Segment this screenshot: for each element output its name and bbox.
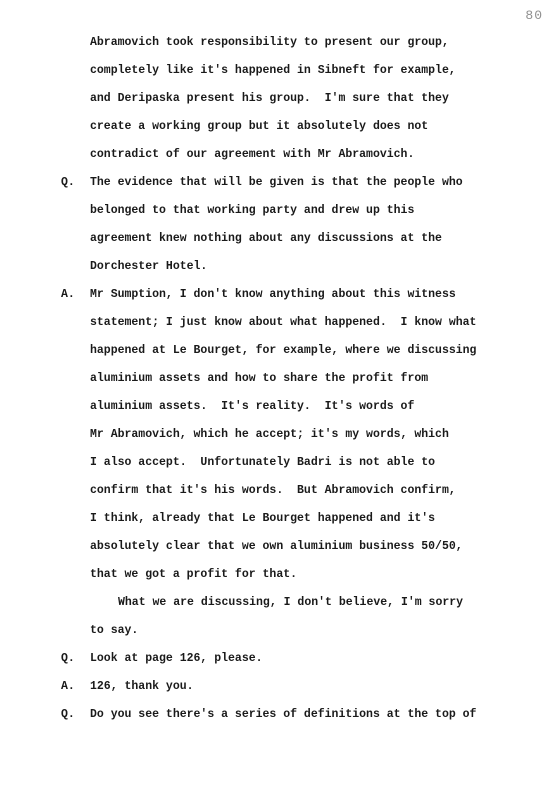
speaker-marker: A. [61,281,90,309]
line-text: Abramovich took responsibility to presen… [90,29,550,57]
line-text: completely like it's happened in Sibneft… [90,57,550,85]
transcript-line: completely like it's happened in Sibneft… [61,57,550,85]
line-text: absolutely clear that we own aluminium b… [90,533,550,561]
speaker-marker: Q. [61,645,90,673]
line-text: happened at Le Bourget, for example, whe… [90,337,550,365]
line-text: I also accept. Unfortunately Badri is no… [90,449,550,477]
line-text: that we got a profit for that. [90,561,550,589]
speaker-marker [61,505,90,533]
line-text: confirm that it's his words. But Abramov… [90,477,550,505]
transcript-line: A.126, thank you. [61,673,550,701]
transcript-line: aluminium assets and how to share the pr… [61,365,550,393]
transcript-line: aluminium assets. It's reality. It's wor… [61,393,550,421]
speaker-marker [61,589,90,617]
speaker-marker [61,29,90,57]
transcript-line: confirm that it's his words. But Abramov… [61,477,550,505]
line-text: belonged to that working party and drew … [90,197,550,225]
transcript-line: I think, already that Le Bourget happene… [61,505,550,533]
speaker-marker [61,141,90,169]
speaker-marker [61,449,90,477]
speaker-marker: Q. [61,169,90,197]
transcript-line: and Deripaska present his group. I'm sur… [61,85,550,113]
line-text: aluminium assets. It's reality. It's wor… [90,393,550,421]
transcript-line: A.Mr Sumption, I don't know anything abo… [61,281,550,309]
speaker-marker: Q. [61,701,90,729]
speaker-marker [61,561,90,589]
line-text: I think, already that Le Bourget happene… [90,505,550,533]
line-text: and Deripaska present his group. I'm sur… [90,85,550,113]
transcript-line: Dorchester Hotel. [61,253,550,281]
line-text: aluminium assets and how to share the pr… [90,365,550,393]
transcript-line: I also accept. Unfortunately Badri is no… [61,449,550,477]
speaker-marker [61,477,90,505]
speaker-marker [61,57,90,85]
line-text: Look at page 126, please. [90,645,550,673]
transcript-line: Mr Abramovich, which he accept; it's my … [61,421,550,449]
page-number: 80 [525,8,543,23]
speaker-marker [61,85,90,113]
line-text: agreement knew nothing about any discuss… [90,225,550,253]
line-text: statement; I just know about what happen… [90,309,550,337]
transcript-line: absolutely clear that we own aluminium b… [61,533,550,561]
speaker-marker [61,113,90,141]
transcript-line: to say. [61,617,550,645]
line-text: Do you see there's a series of definitio… [90,701,550,729]
speaker-marker [61,421,90,449]
transcript-line: Q.The evidence that will be given is tha… [61,169,550,197]
transcript-line: contradict of our agreement with Mr Abra… [61,141,550,169]
transcript-page: 80 Abramovich took responsibility to pre… [0,0,558,789]
transcript-line: statement; I just know about what happen… [61,309,550,337]
transcript-body: Abramovich took responsibility to presen… [61,29,550,729]
line-text: 126, thank you. [90,673,550,701]
speaker-marker [61,337,90,365]
transcript-line: belonged to that working party and drew … [61,197,550,225]
line-text: to say. [90,617,550,645]
transcript-line: What we are discussing, I don't believe,… [61,589,550,617]
speaker-marker [61,253,90,281]
speaker-marker: A. [61,673,90,701]
transcript-line: Q.Do you see there's a series of definit… [61,701,550,729]
line-text: Dorchester Hotel. [90,253,550,281]
speaker-marker [61,617,90,645]
transcript-line: Abramovich took responsibility to presen… [61,29,550,57]
speaker-marker [61,365,90,393]
speaker-marker [61,225,90,253]
line-text: Mr Sumption, I don't know anything about… [90,281,550,309]
speaker-marker [61,197,90,225]
transcript-line: create a working group but it absolutely… [61,113,550,141]
speaker-marker [61,533,90,561]
line-text: contradict of our agreement with Mr Abra… [90,141,550,169]
line-text: create a working group but it absolutely… [90,113,550,141]
speaker-marker [61,393,90,421]
transcript-line: Q.Look at page 126, please. [61,645,550,673]
line-text: Mr Abramovich, which he accept; it's my … [90,421,550,449]
line-text: The evidence that will be given is that … [90,169,550,197]
line-text: What we are discussing, I don't believe,… [90,589,550,617]
transcript-line: happened at Le Bourget, for example, whe… [61,337,550,365]
transcript-line: agreement knew nothing about any discuss… [61,225,550,253]
speaker-marker [61,309,90,337]
transcript-line: that we got a profit for that. [61,561,550,589]
